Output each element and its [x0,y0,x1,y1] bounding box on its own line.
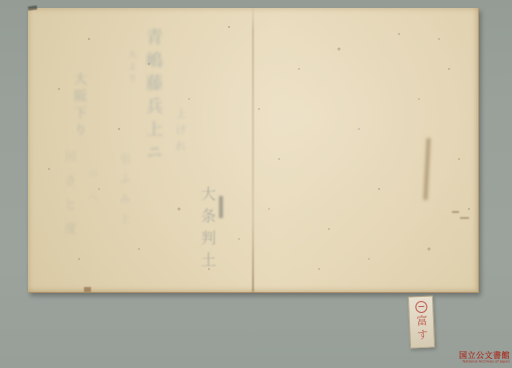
tab-red-writing: 富す [416,315,428,343]
tab-glyph: す [415,329,429,344]
faint-inscription-sub: 大より [128,50,136,86]
watermark-subtitle: National Archives of Japan [463,360,510,364]
foxing-specks [28,8,30,10]
faint-inscription-left-lower2: のへ [86,168,96,216]
archives-watermark: 国立公文書館 National Archives of Japan [431,352,510,366]
faint-inscription-left-lower: 川さと度 [64,150,76,246]
red-circle-mark [415,301,428,314]
faint-inscription-left-upper: 大阪下り [72,72,85,140]
bottom-edge-speck [84,287,91,292]
document-paper: 青嶋藤兵上ニ 大より 大阪下り 上けれ 川さと度 のへ 引ふみ上 大条判土 [28,8,479,293]
tab-glyph: 富 [415,315,429,330]
faint-inscription-main: 青嶋藤兵上ニ [143,28,160,166]
dark-smudge [219,196,223,218]
scan-background: 青嶋藤兵上ニ 大より 大阪下り 上けれ 川さと度 のへ 引ふみ上 大条判土 富す… [0,0,512,368]
faint-inscription-mid-upper: 上けれ [175,108,186,156]
center-fold-line [252,8,254,292]
faint-inscription-mid-lower: 引ふみ上 [119,153,130,233]
brown-stain-dash [452,211,459,213]
faint-inscription-center: 大条判土 [200,186,215,274]
brown-stain-dash [460,217,469,219]
hanging-paper-tab: 富す [408,295,435,348]
